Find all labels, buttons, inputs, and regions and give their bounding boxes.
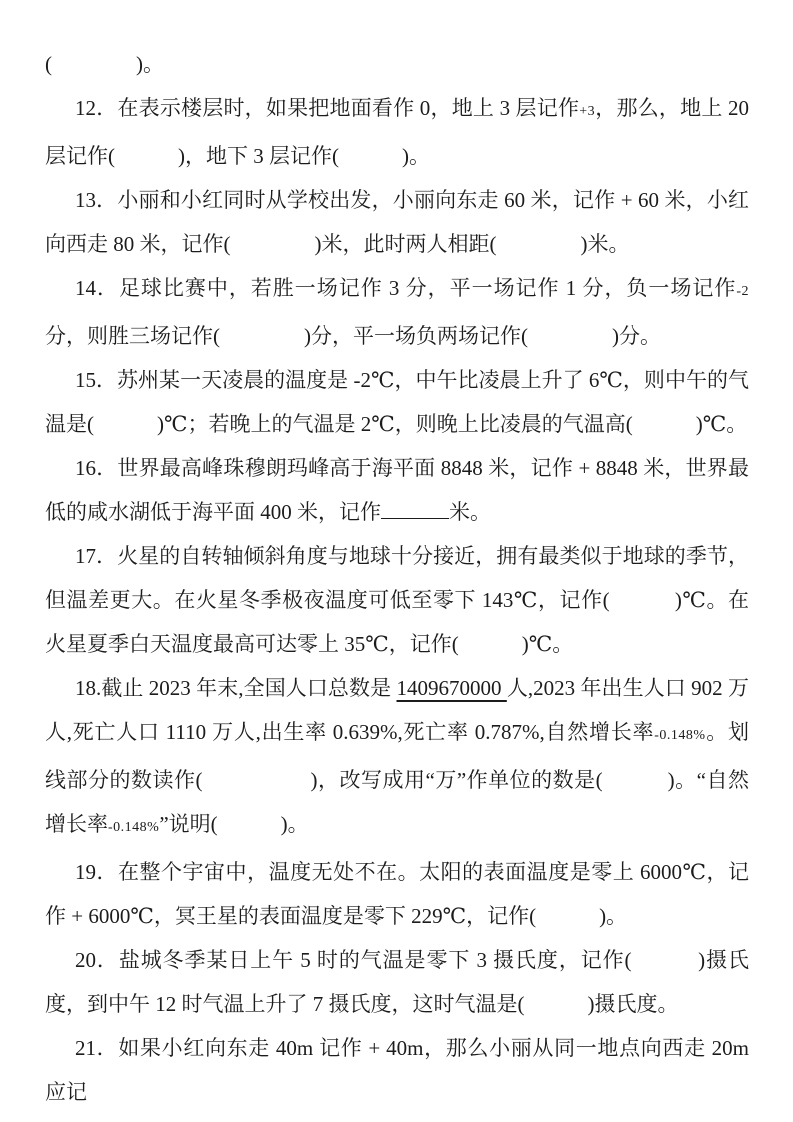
question-text: 米。 bbox=[449, 500, 491, 524]
small-number: -0.148% bbox=[654, 728, 705, 743]
question-20: 20．盐城冬季某日上午 5 时的气温是零下 3 摄氏度，记作( )摄氏度，到中午… bbox=[45, 938, 749, 1026]
small-number: -2 bbox=[736, 284, 749, 299]
question-21: 21．如果小红向东走 40m 记作 + 40m，那么小丽从同一地点向西走 20m… bbox=[45, 1026, 749, 1114]
question-text: 12．在表示楼层时，如果把地面看作 0，地上 3 层记作 bbox=[75, 96, 579, 120]
question-text: 15．苏州某一天凌晨的温度是 -2℃，中午比凌晨上升了 6℃，则中午的气温是( … bbox=[45, 368, 749, 436]
question-text: 21．如果小红向东走 40m 记作 + 40m，那么小丽从同一地点向西走 20m… bbox=[45, 1036, 749, 1104]
answer-blank-parens: ( )。 bbox=[45, 52, 164, 76]
small-number: +3 bbox=[579, 104, 595, 119]
question-text: 13．小丽和小红同时从学校出发，小丽向东走 60 米，记作 + 60 米，小红向… bbox=[45, 188, 749, 256]
fill-blank-line[interactable] bbox=[381, 502, 449, 519]
continuation-line: ( )。 bbox=[45, 42, 749, 86]
question-17: 17．火星的自转轴倾斜角度与地球十分接近，拥有最类似于地球的季节，但温差更大。在… bbox=[45, 534, 749, 666]
question-text: ”说明( )。 bbox=[159, 812, 308, 836]
worksheet-page: ( )。12．在表示楼层时，如果把地面看作 0，地上 3 层记作+3，那么，地上… bbox=[0, 0, 793, 1122]
question-16: 16．世界最高峰珠穆朗玛峰高于海平面 8848 米，记作 + 8848 米，世界… bbox=[45, 446, 749, 534]
underlined-number: 1409670000 bbox=[396, 676, 506, 700]
question-text: 19．在整个宇宙中，温度无处不在。太阳的表面温度是零上 6000℃，记作 + 6… bbox=[45, 860, 749, 928]
question-18: 18.截止 2023 年末,全国人口总数是 1409670000 人,2023 … bbox=[45, 666, 749, 850]
question-13: 13．小丽和小红同时从学校出发，小丽向东走 60 米，记作 + 60 米，小红向… bbox=[45, 178, 749, 266]
question-12: 12．在表示楼层时，如果把地面看作 0，地上 3 层记作+3，那么，地上 20 … bbox=[45, 86, 749, 178]
question-14: 14．足球比赛中，若胜一场记作 3 分，平一场记作 1 分，负一场记作-2分，则… bbox=[45, 266, 749, 358]
question-text: 18.截止 2023 年末,全国人口总数是 bbox=[75, 676, 396, 700]
question-text: 20．盐城冬季某日上午 5 时的气温是零下 3 摄氏度，记作( )摄氏度，到中午… bbox=[45, 948, 749, 1016]
question-text: 17．火星的自转轴倾斜角度与地球十分接近，拥有最类似于地球的季节，但温差更大。在… bbox=[45, 544, 749, 656]
question-19: 19．在整个宇宙中，温度无处不在。太阳的表面温度是零上 6000℃，记作 + 6… bbox=[45, 850, 749, 938]
question-15: 15．苏州某一天凌晨的温度是 -2℃，中午比凌晨上升了 6℃，则中午的气温是( … bbox=[45, 358, 749, 446]
question-text: 14．足球比赛中，若胜一场记作 3 分，平一场记作 1 分，负一场记作 bbox=[75, 276, 736, 300]
small-number: -0.148% bbox=[108, 820, 159, 835]
question-text: 分，则胜三场记作( )分，平一场负两场记作( )分。 bbox=[45, 324, 661, 348]
